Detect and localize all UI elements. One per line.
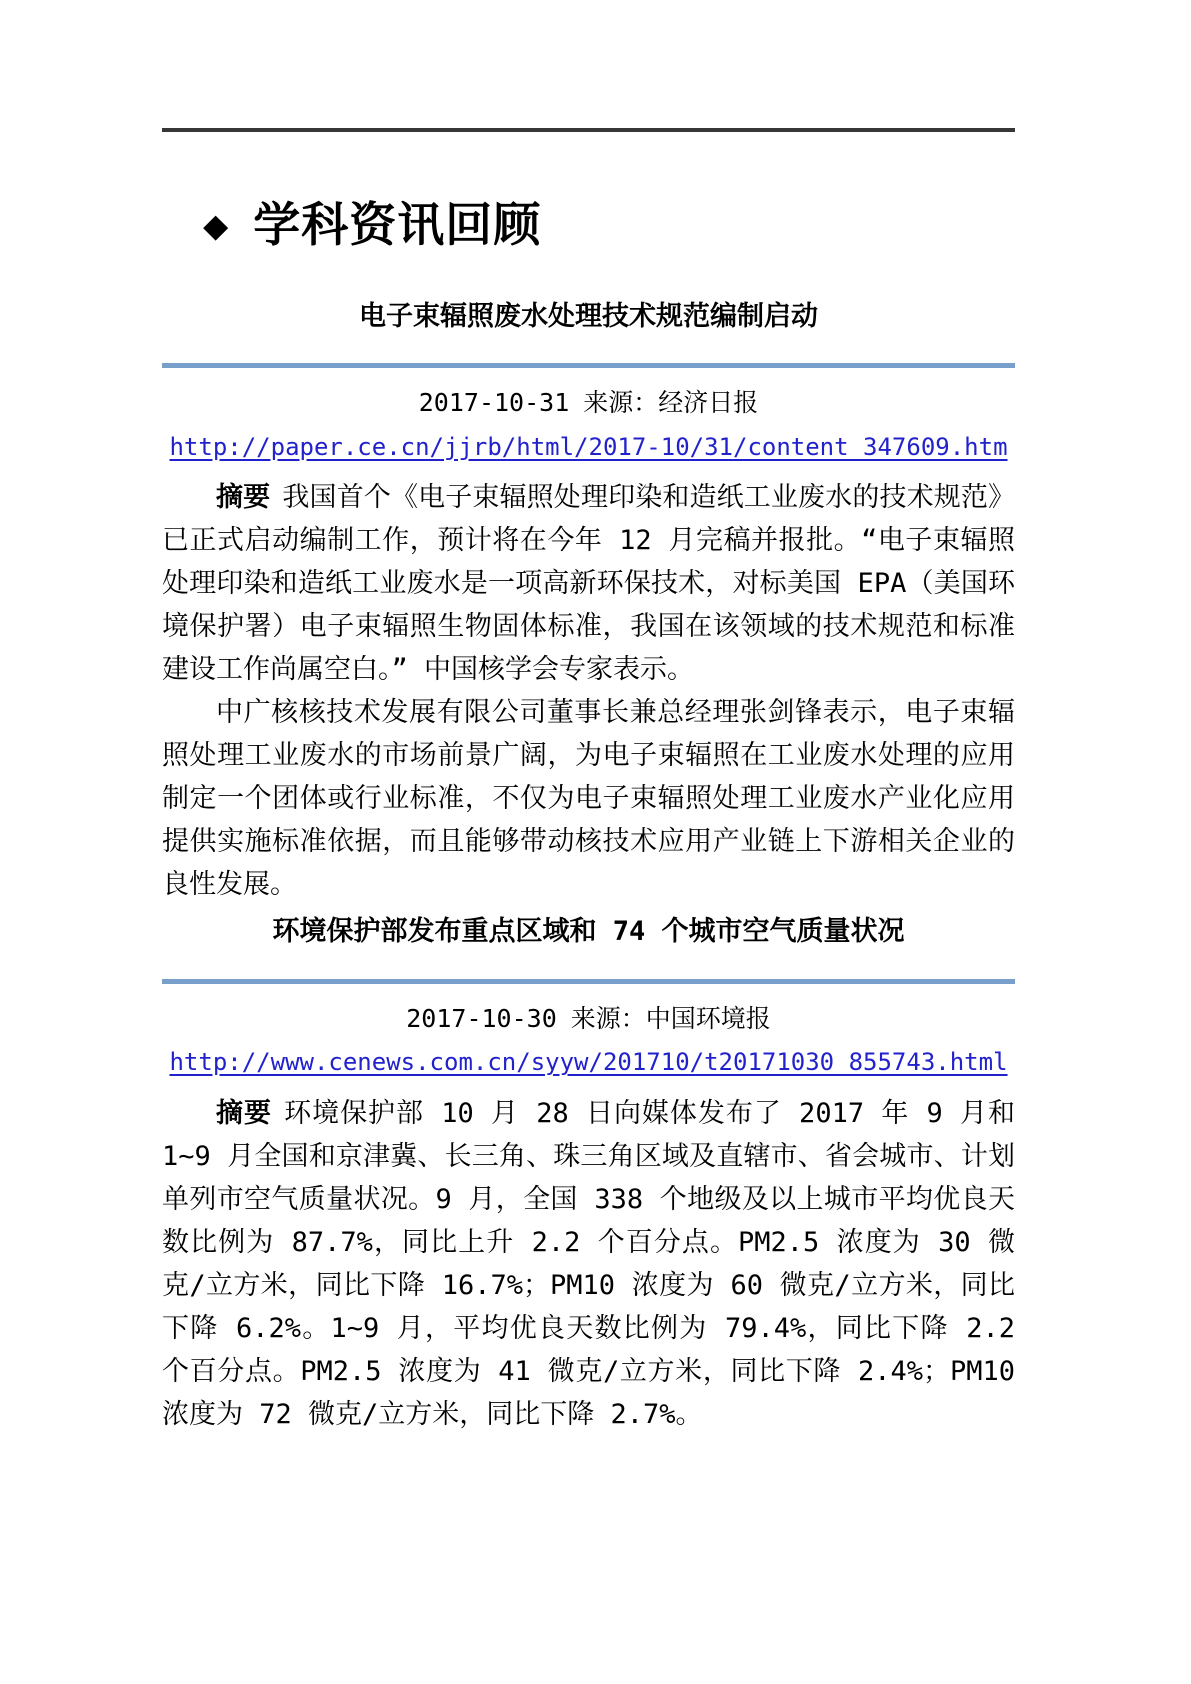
article-date: 2017-10-30 [406, 1004, 557, 1033]
article-air-quality: 环境保护部发布重点区域和 74 个城市空气质量状况 2017-10-30来源：中… [162, 916, 1015, 1435]
article-date: 2017-10-31 [419, 388, 570, 417]
abstract-label: 摘要 [216, 1098, 272, 1129]
article-title: 环境保护部发布重点区域和 74 个城市空气质量状况 [162, 916, 1015, 948]
document-page: ◆学科资讯回顾 电子束辐照废水处理技术规范编制启动 2017-10-31来源：经… [0, 0, 1191, 1684]
page-content: ◆学科资讯回顾 电子束辐照废水处理技术规范编制启动 2017-10-31来源：经… [162, 128, 1015, 1436]
abstract-label: 摘要 [216, 482, 270, 513]
section-heading: ◆学科资讯回顾 [203, 188, 1015, 255]
article-title: 电子束辐照废水处理技术规范编制启动 [162, 301, 1015, 333]
dateline: 2017-10-31来源：经济日报 [162, 389, 1015, 417]
article-source: 来源：经济日报 [583, 388, 758, 417]
article-link[interactable]: http://paper.ce.cn/jjrb/html/2017-10/31/… [169, 433, 1007, 461]
url-line: http://paper.ce.cn/jjrb/html/2017-10/31/… [162, 434, 1015, 460]
section-heading-text: 学科资讯回顾 [253, 198, 541, 253]
abstract-paragraph: 摘要环境保护部 10 月 28 日向媒体发布了 2017 年 9 月和 1~9 … [162, 1092, 1015, 1436]
abstract-text: 中广核核技术发展有限公司董事长兼总经理张剑锋表示，电子束辐照处理工业废水的市场前… [162, 697, 1015, 900]
url-line: http://www.cenews.com.cn/syyw/201710/t20… [162, 1049, 1015, 1075]
abstract-text: 环境保护部 10 月 28 日向媒体发布了 2017 年 9 月和 1~9 月全… [162, 1098, 1015, 1430]
abstract-paragraph: 中广核核技术发展有限公司董事长兼总经理张剑锋表示，电子束辐照处理工业废水的市场前… [162, 691, 1015, 906]
article-divider [162, 979, 1015, 984]
article-electron-beam: 电子束辐照废水处理技术规范编制启动 2017-10-31来源：经济日报 http… [162, 301, 1015, 906]
abstract: 摘要环境保护部 10 月 28 日向媒体发布了 2017 年 9 月和 1~9 … [162, 1092, 1015, 1436]
dateline: 2017-10-30来源：中国环境报 [162, 1005, 1015, 1033]
abstract-text: 我国首个《电子束辐照处理印染和造纸工业废水的技术规范》已正式启动编制工作，预计将… [162, 482, 1015, 685]
article-link[interactable]: http://www.cenews.com.cn/syyw/201710/t20… [169, 1048, 1007, 1076]
article-divider [162, 363, 1015, 368]
article-source: 来源：中国环境报 [571, 1004, 771, 1033]
diamond-bullet-icon: ◆ [203, 200, 229, 249]
top-rule [162, 128, 1015, 132]
abstract-paragraph: 摘要我国首个《电子束辐照处理印染和造纸工业废水的技术规范》已正式启动编制工作，预… [162, 476, 1015, 691]
abstract: 摘要我国首个《电子束辐照处理印染和造纸工业废水的技术规范》已正式启动编制工作，预… [162, 476, 1015, 906]
